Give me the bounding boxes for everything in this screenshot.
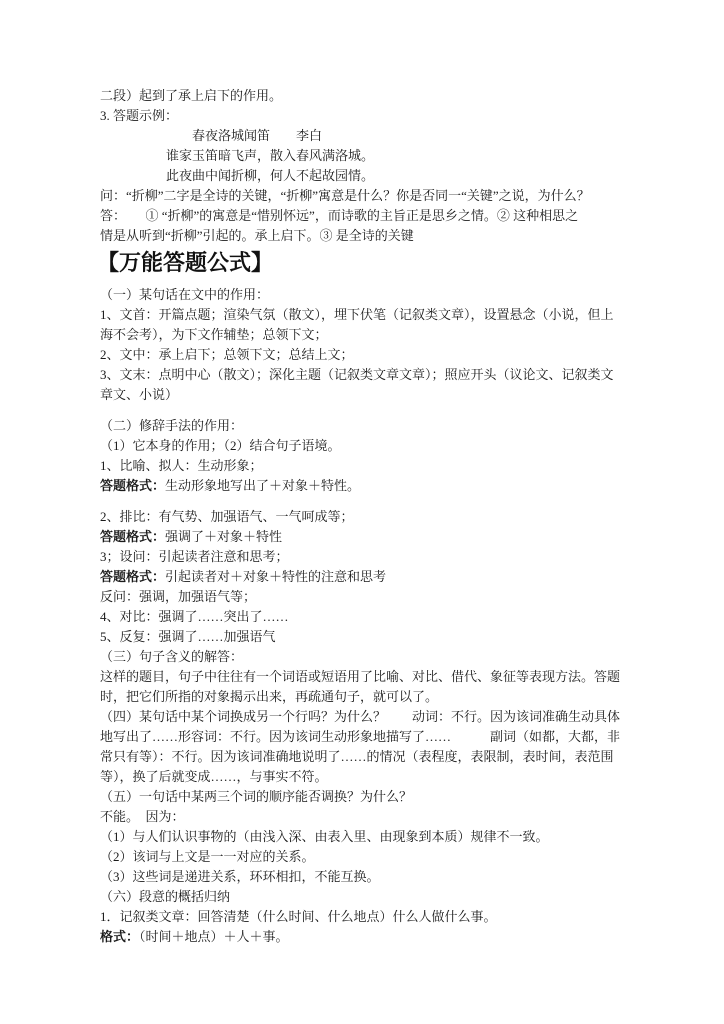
text-line: 时，把它们所指的对象揭示出来，再疏通句子，就可以了。 bbox=[100, 687, 638, 707]
text-line: （四）某句话中某个词换成另一个行吗？为什么？ 动词：不行。因为该词准确生动具体 bbox=[100, 707, 638, 727]
text-line: 反问：强调，加强语气等； bbox=[100, 587, 638, 607]
text-line: 问：“折柳”二字是全诗的关键，“折柳”寓意是什么？你是否同一“关键”之说，为什么… bbox=[100, 186, 638, 206]
blank-line bbox=[100, 496, 638, 507]
text-line: 1、比喻、拟人：生动形象； bbox=[100, 456, 638, 476]
format-line: 答题格式：强调了＋对象＋特性 bbox=[100, 527, 638, 547]
format-text: （时间＋地点）＋人＋事。 bbox=[139, 929, 289, 944]
text-line: 不能。 因为： bbox=[100, 807, 638, 827]
text-line: 地写出了……形容词：不行。因为该词生动形象地描写了…… 副词（如都，大都，非 bbox=[100, 727, 638, 747]
poem-verse-line: 谁家玉笛暗飞声，散入春风满洛城。 bbox=[100, 146, 638, 166]
text-line: 5、反复：强调了……加强语气 bbox=[100, 627, 638, 647]
text-line: 答： ① “折柳”的寓意是“惜别怀远”，而诗歌的主旨正是思乡之情。② 这种相思之 bbox=[100, 206, 638, 226]
text-line: 2、排比：有气势、加强语气、一气呵成等； bbox=[100, 507, 638, 527]
text-line: 2、文中：承上启下；总领下文；总结上文； bbox=[100, 345, 638, 365]
text-line: 海不会考），为下文作辅垫；总领下文； bbox=[100, 325, 638, 345]
format-line: 格式：（时间＋地点）＋人＋事。 bbox=[100, 927, 638, 947]
text-line: （六）段意的概括归纳 bbox=[100, 887, 638, 907]
section-heading: 【万能答题公式】 bbox=[97, 250, 638, 276]
text-line: （3）这些词是递进关系，环环相扣，不能互换。 bbox=[100, 867, 638, 887]
text-line: （五）一句话中某两三个词的顺序能否调换？为什么？ bbox=[100, 787, 638, 807]
text-line: 二段）起到了承上启下的作用。 bbox=[100, 86, 638, 106]
text-line: 3. 答题示例： bbox=[100, 106, 638, 126]
format-label: 格式： bbox=[100, 929, 139, 944]
text-line: （2）该词与上文是一一对应的关系。 bbox=[100, 847, 638, 867]
text-line: 等），换了后就变成……，与事实不符。 bbox=[100, 767, 638, 787]
format-line: 答题格式：生动形象地写出了＋对象＋特性。 bbox=[100, 476, 638, 496]
format-text: 生动形象地写出了＋对象＋特性。 bbox=[165, 478, 360, 493]
section-answer-example: 二段）起到了承上启下的作用。3. 答题示例：春夜洛城闻笛 李白谁家玉笛暗飞声，散… bbox=[100, 86, 638, 246]
format-label: 答题格式： bbox=[100, 569, 165, 584]
text-line: 3、文末：点明中心（散文）；深化主题（记叙类文章文章）；照应开头（议论文、记叙类… bbox=[100, 365, 638, 385]
text-line: 4、对比：强调了……突出了…… bbox=[100, 607, 638, 627]
text-line: （一）某句话在文中的作用： bbox=[100, 285, 638, 305]
format-text: 引起读者对＋对象＋特性的注意和思考 bbox=[165, 569, 386, 584]
poem-verse-line: 此夜曲中闻折柳，何人不起故园情。 bbox=[100, 166, 638, 186]
document-page: 二段）起到了承上启下的作用。3. 答题示例：春夜洛城闻笛 李白谁家玉笛暗飞声，散… bbox=[0, 0, 724, 1024]
format-text: 强调了＋对象＋特性 bbox=[165, 529, 282, 544]
section-universal-formulas: （一）某句话在文中的作用：1、文首：开篇点题；渲染气氛（散文），埋下伏笔（记叙类… bbox=[100, 285, 638, 947]
text-line: 1．记叙类文章：回答清楚（什么时间、什么地点）什么人做什么事。 bbox=[100, 907, 638, 927]
blank-line bbox=[100, 405, 638, 416]
text-line: 这样的题目，句子中往往有一个词语或短语用了比喻、对比、借代、象征等表现方法。答题 bbox=[100, 667, 638, 687]
format-line: 答题格式：引起读者对＋对象＋特性的注意和思考 bbox=[100, 567, 638, 587]
text-line: （三）句子含义的解答： bbox=[100, 647, 638, 667]
text-line: 章文、小说） bbox=[100, 385, 638, 405]
text-line: （二）修辞手法的作用： bbox=[100, 416, 638, 436]
text-line: 1、文首：开篇点题；渲染气氛（散文），埋下伏笔（记叙类文章），设置悬念（小说，但… bbox=[100, 305, 638, 325]
document-content: 二段）起到了承上启下的作用。3. 答题示例：春夜洛城闻笛 李白谁家玉笛暗飞声，散… bbox=[100, 86, 638, 947]
format-label: 答题格式： bbox=[100, 478, 165, 493]
text-line: （1）它本身的作用；（2）结合句子语境。 bbox=[100, 436, 638, 456]
format-label: 答题格式： bbox=[100, 529, 165, 544]
text-line: 情是从听到“折柳”引起的。承上启下。③ 是全诗的关键 bbox=[100, 226, 638, 246]
text-line: （1）与人们认识事物的（由浅入深、由表入里、由现象到本质）规律不一致。 bbox=[100, 827, 638, 847]
text-line: 常只有等）：不行。因为该词准确地说明了……的情况（表程度，表限制，表时间，表范围 bbox=[100, 747, 638, 767]
text-line: 3；设问：引起读者注意和思考； bbox=[100, 547, 638, 567]
poem-title-line: 春夜洛城闻笛 李白 bbox=[100, 126, 638, 146]
